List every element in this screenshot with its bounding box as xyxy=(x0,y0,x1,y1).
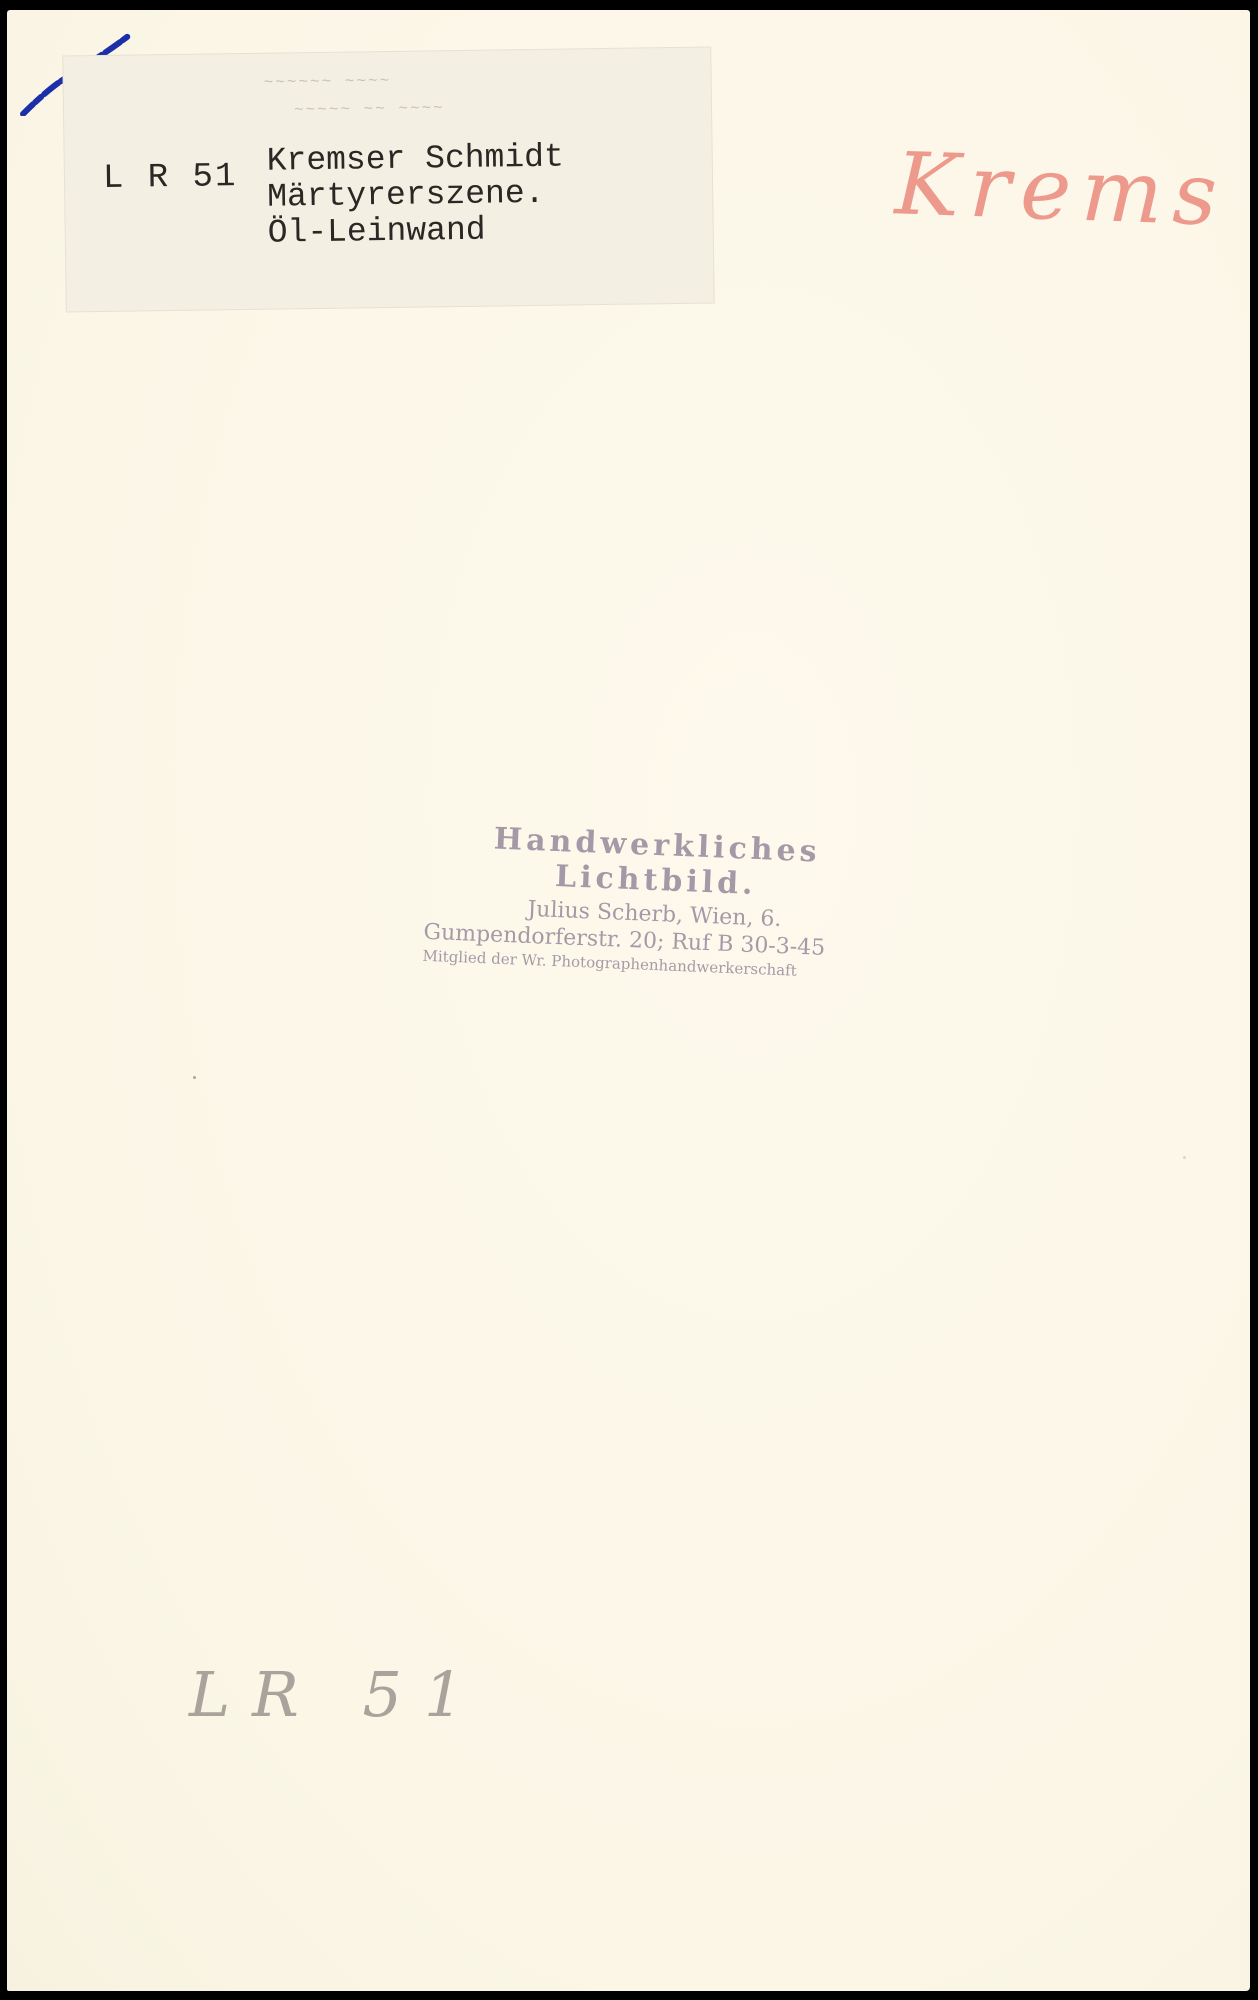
stamp-line-1: Handwerkliches Lichtbild. xyxy=(425,819,887,907)
label-artist: Kremser Schmidt xyxy=(266,140,564,180)
label-title: Märtyrerszene. xyxy=(267,176,565,216)
ghost-text: ~~~~~ ~~ ~~~~ xyxy=(294,99,445,119)
label-description: Kremser Schmidt Märtyrerszene. Öl-Leinwa… xyxy=(266,140,565,252)
speck xyxy=(193,1076,196,1079)
pencil-annotation: LR 51 xyxy=(189,1658,485,1731)
ghost-text: ~~~~~~ ~~~~ xyxy=(264,72,392,92)
photo-back-card: ~~~~~~ ~~~~ ~~~~~ ~~ ~~~~ L R 51 Kremser… xyxy=(7,10,1250,1991)
typed-label: ~~~~~~ ~~~~ ~~~~~ ~~ ~~~~ L R 51 Kremser… xyxy=(63,47,713,311)
red-pencil-annotation: Krems xyxy=(893,134,1228,246)
photographer-stamp: Handwerkliches Lichtbild. Julius Scherb,… xyxy=(422,819,887,983)
label-catalog-code: L R 51 xyxy=(103,158,238,198)
speck xyxy=(1183,1156,1186,1159)
label-medium: Öl-Leinwand xyxy=(267,212,565,252)
